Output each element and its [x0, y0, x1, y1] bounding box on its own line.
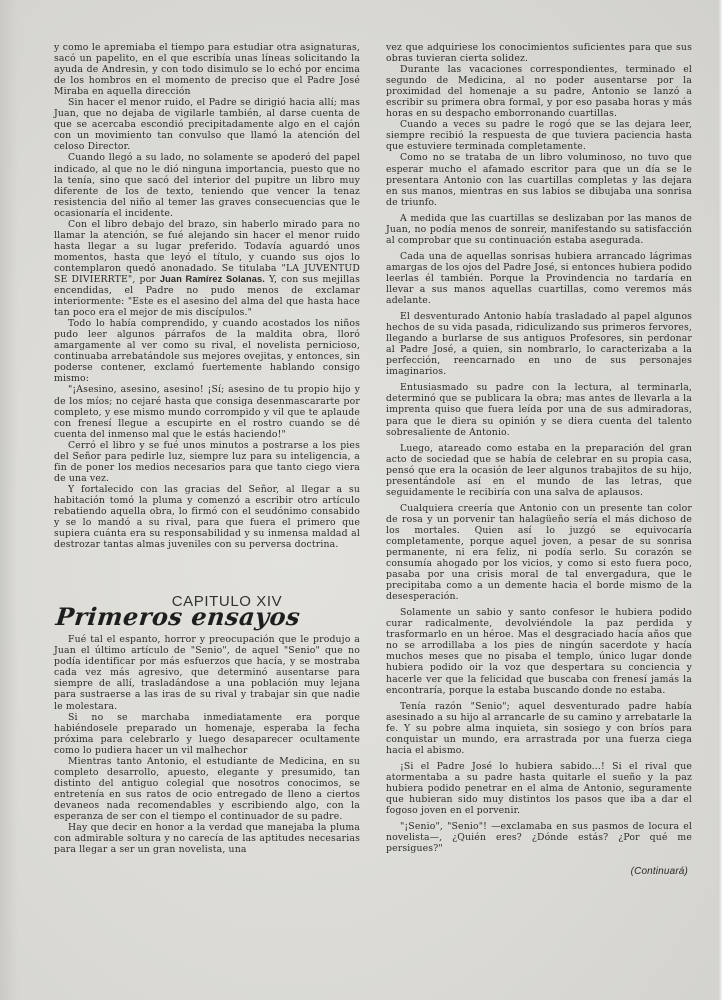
paragraph: Tenía razón "Senio"; aquel desventurado … [386, 701, 692, 756]
paragraph: Entusiasmado su padre con la lectura, al… [386, 382, 692, 437]
paragraph: Durante las vacaciones correspondientes,… [386, 64, 692, 119]
paragraph: Hay que decir en honor a la verdad que m… [54, 822, 360, 855]
paragraph: El desventurado Antonio había trasladado… [386, 311, 692, 377]
paragraph: Fué tal el espanto, horror y preocupació… [54, 634, 360, 711]
paragraph: Cualquiera creería que Antonio con un pr… [386, 503, 692, 602]
right-column: vez que adquiriese los conocimientos suf… [386, 42, 692, 877]
paragraph: A medida que las cuartillas se deslizaba… [386, 213, 692, 246]
paragraph: Cuando llegó a su lado, no solamente se … [54, 152, 360, 218]
paragraph: Como no se trataba de un libro voluminos… [386, 152, 692, 207]
paragraph: Cuando a veces su padre le rogó que se l… [386, 119, 692, 152]
left-column: y como le apremiaba el tiempo para estud… [54, 42, 360, 855]
paragraph-quote: "¡Senio", "Senio"! —exclamaba en sus pas… [386, 821, 692, 854]
paragraph: vez que adquiriese los conocimientos suf… [386, 42, 692, 64]
paragraph: Cerró el libro y se fué unos minutos a p… [54, 440, 360, 484]
paragraph: y como le apremiaba el tiempo para estud… [54, 42, 360, 97]
paragraph: ¡Si el Padre José lo hubiera sabido...! … [386, 761, 692, 816]
paragraph-quote: "¡Asesino, asesino, asesino! ¡Sí; asesin… [54, 384, 360, 439]
paragraph: Si no se marchaba inmediatamente era por… [54, 712, 360, 756]
continued-label: (Continuará) [386, 866, 692, 877]
paragraph: Y fortalecido con las gracias del Señor,… [54, 484, 360, 550]
paragraph: Sin hacer el menor ruido, el Padre se di… [54, 97, 360, 152]
author-name: Juan Ramírez Solanas. [160, 274, 265, 284]
paragraph-with-book-title: Con el libro debajo del brazo, sin haber… [54, 219, 360, 318]
chapter-title: Primeros ensayos [55, 611, 360, 622]
paragraph: Solamente un sabio y santo confesor le h… [386, 607, 692, 695]
paragraph: Mientras tanto Antonio, el estudiante de… [54, 756, 360, 822]
paragraph: Todo lo había comprendido, y cuando acos… [54, 318, 360, 384]
page-edge [718, 0, 722, 1000]
paragraph: Cada una de aquellas sonrisas hubiera ar… [386, 251, 692, 306]
magazine-page: y como le apremiaba el tiempo para estud… [0, 0, 722, 1000]
paragraph: Luego, atareado como estaba en la prepar… [386, 443, 692, 498]
page-binding-shadow [0, 0, 18, 1000]
